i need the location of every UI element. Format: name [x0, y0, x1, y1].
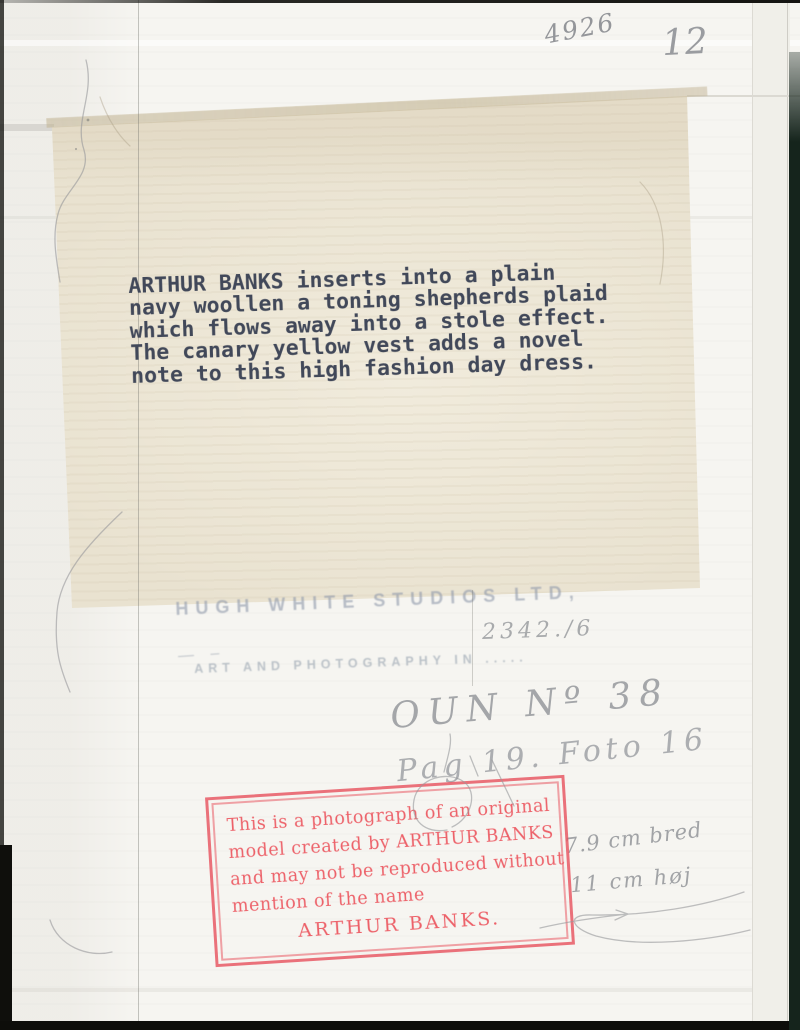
copyright-stamp-inner-border: This is a photograph of an original mode…: [211, 781, 568, 961]
pencil-vertical-rule-short: [472, 590, 473, 686]
scan-edge-top: [0, 0, 800, 3]
copyright-stamp: This is a photograph of an original mode…: [205, 775, 575, 967]
scan-edge-right: [789, 52, 800, 1030]
handwritten-negative-number: 2342./6: [482, 616, 595, 645]
scan-edge-bottom: [0, 1021, 800, 1030]
scan-streak: [0, 988, 760, 992]
typewritten-caption: ARTHUR BANKS inserts into a plain navy w…: [128, 260, 631, 388]
paper-crease-line: [0, 124, 54, 131]
pencil-flourish-swoosh: [574, 892, 750, 942]
pencil-vertical-rule: [138, 0, 139, 1030]
handwritten-order-note: OUN Nº 38: [389, 672, 672, 737]
paper-edge-band: [752, 0, 790, 1030]
handwritten-size-height-note: 11 cm høj: [569, 863, 693, 898]
handwritten-page-number: 12: [661, 21, 709, 64]
handwritten-size-width-note: 7.9 cm bred: [563, 818, 704, 859]
photo-verso-scan: ARTHUR BANKS inserts into a plain navy w…: [0, 0, 800, 1030]
pencil-bottom-left-arc: [50, 920, 112, 954]
scan-edge-left-bottom: [0, 845, 12, 1030]
studio-stamp-tagline: ART AND PHOTOGRAPHY IN .....: [194, 650, 528, 676]
